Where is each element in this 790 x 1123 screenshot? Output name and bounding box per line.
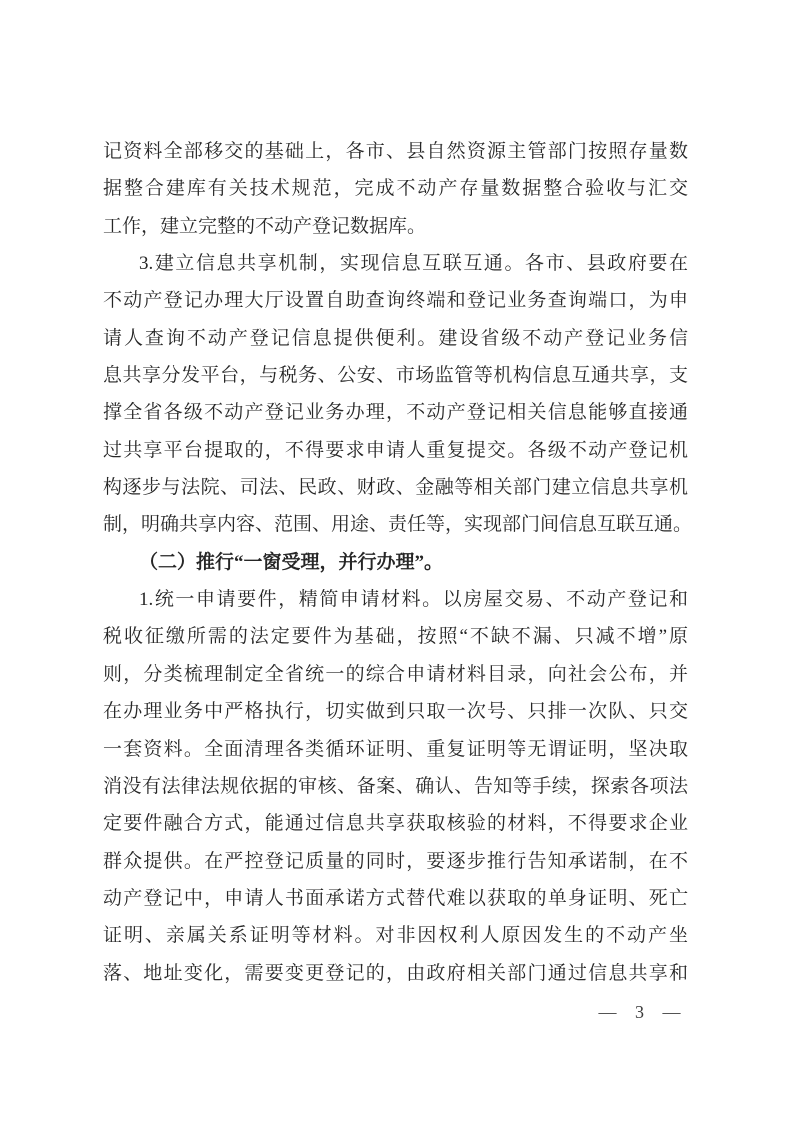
text-line: 证明、亲属关系证明等材料。对非因权利人原因发生的不动产坐 xyxy=(103,917,688,954)
text-line: 在办理业务中严格执行，切实做到只取一次号、只排一次队、只交 xyxy=(103,693,688,730)
text-line: 消没有法律法规依据的审核、备案、确认、告知等手续，探索各项法 xyxy=(103,768,688,805)
text-line: 制，明确共享内容、范围、用途、责任等，实现部门间信息互联互通。 xyxy=(103,506,688,543)
text-line: 3.建立信息共享机制，实现信息互联互通。各市、县政府要在 xyxy=(103,245,688,282)
body-text: 记资料全部移交的基础上，各市、县自然资源主管部门按照存量数据整合建库有关技术规范… xyxy=(103,133,688,992)
text-line: 税收征缴所需的法定要件为基础，按照“不缺不漏、只减不增”原 xyxy=(103,618,688,655)
text-line: 据整合建库有关技术规范，完成不动产存量数据整合验收与汇交 xyxy=(103,170,688,207)
text-line: 1.统一申请要件，精简申请材料。以房屋交易、不动产登记和 xyxy=(103,581,688,618)
text-line: 构逐步与法院、司法、民政、财政、金融等相关部门建立信息共享机 xyxy=(103,469,688,506)
document-page: 记资料全部移交的基础上，各市、县自然资源主管部门按照存量数据整合建库有关技术规范… xyxy=(0,0,790,1123)
text-line: 请人查询不动产登记信息提供便利。建设省级不动产登记业务信 xyxy=(103,320,688,357)
text-line: 工作，建立完整的不动产登记数据库。 xyxy=(103,208,688,245)
text-line: 息共享分发平台，与税务、公安、市场监管等机构信息互通共享，支 xyxy=(103,357,688,394)
text-line: 群众提供。在严控登记质量的同时，要逐步推行告知承诺制，在不 xyxy=(103,843,688,880)
section-heading: （二）推行“一窗受理，并行办理”。 xyxy=(103,544,688,581)
text-line: 不动产登记办理大厅设置自助查询终端和登记业务查询端口，为申 xyxy=(103,282,688,319)
text-line: 则，分类梳理制定全省统一的综合申请材料目录，向社会公布，并 xyxy=(103,656,688,693)
text-line: 定要件融合方式，能通过信息共享获取核验的材料，不得要求企业 xyxy=(103,805,688,842)
text-line: 落、地址变化，需要变更登记的，由政府相关部门通过信息共享和 xyxy=(103,955,688,992)
text-line: 动产登记中，申请人书面承诺方式替代难以获取的单身证明、死亡 xyxy=(103,880,688,917)
text-line: 记资料全部移交的基础上，各市、县自然资源主管部门按照存量数 xyxy=(103,133,688,170)
text-line: 过共享平台提取的，不得要求申请人重复提交。各级不动产登记机 xyxy=(103,432,688,469)
text-line: 撑全省各级不动产登记业务办理，不动产登记相关信息能够直接通 xyxy=(103,394,688,431)
page-number: — 3 — xyxy=(555,1000,725,1024)
text-line: 一套资料。全面清理各类循环证明、重复证明等无谓证明，坚决取 xyxy=(103,731,688,768)
